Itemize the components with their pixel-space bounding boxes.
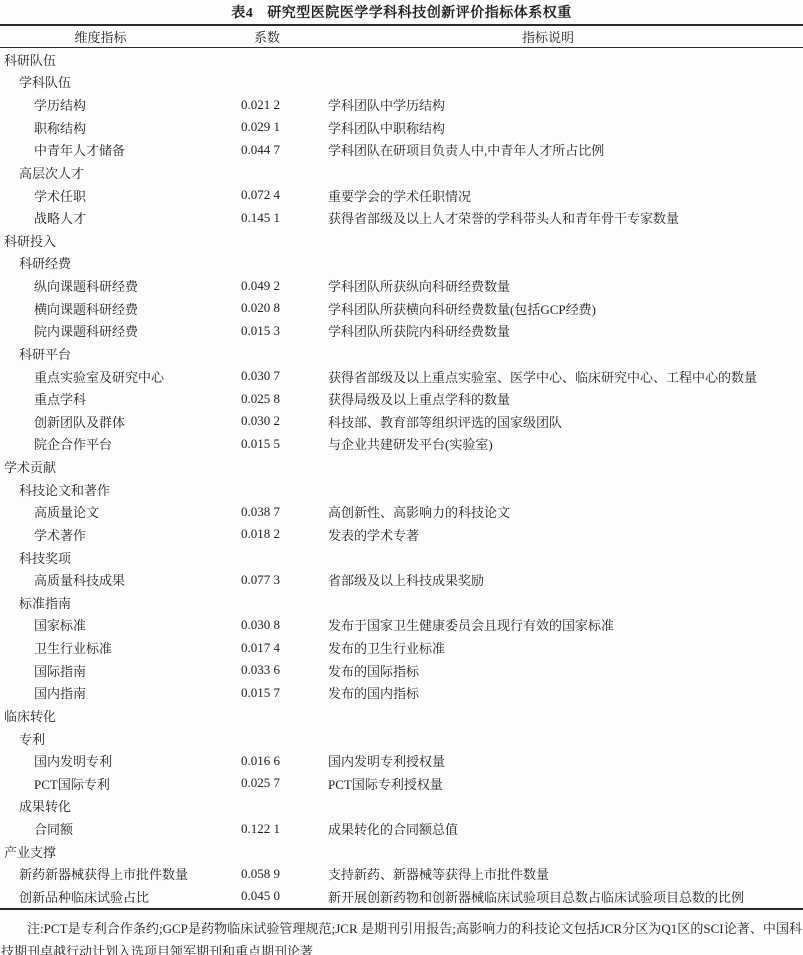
cell-indicator: 学历结构 [0, 95, 241, 114]
table-row: 高层次人才 [0, 161, 803, 184]
table-row: 重点实验室及研究中心 0.030 7 获得省部级及以上重点实验室、医学中心、临床… [0, 365, 803, 388]
table-number: 表4 [231, 2, 253, 22]
cell-coefficient: 0.122 1 [241, 821, 293, 837]
cell-description: 高创新性、高影响力的科技论文 [293, 502, 803, 521]
cell-indicator: 成果转化 [0, 796, 241, 815]
table-row: 高质量科技成果 0.077 3 省部级及以上科技成果奖励 [0, 568, 803, 591]
cell-indicator: 院内课题科研经费 [0, 321, 241, 340]
table-row: 产业支撑 [0, 840, 803, 863]
table-row: 中青年人才储备 0.044 7 学科团队在研项目负责人中,中青年人才所占比例 [0, 139, 803, 162]
cell-coefficient: 0.030 2 [241, 413, 293, 429]
table-row: 科研经费 [0, 252, 803, 275]
cell-indicator: 科技论文和著作 [0, 480, 241, 499]
column-header-coefficient: 系数 [241, 27, 293, 46]
cell-indicator: 纵向课题科研经费 [0, 276, 241, 295]
cell-description: 发布的国内指标 [293, 683, 803, 702]
table-row: 创新品种临床试验占比 0.045 0 新开展创新药物和创新器械临床试验项目总数占… [0, 885, 803, 908]
cell-indicator: 学科队伍 [0, 72, 241, 91]
table-row: 院内课题科研经费 0.015 3 学科团队所获院内科研经费数量 [0, 320, 803, 343]
table-row: 科技奖项 [0, 546, 803, 569]
table-row: 高质量论文 0.038 7 高创新性、高影响力的科技论文 [0, 501, 803, 524]
cell-indicator: 科研投入 [0, 231, 241, 250]
table-row: 纵向课题科研经费 0.049 2 学科团队所获纵向科研经费数量 [0, 274, 803, 297]
cell-indicator: 产业支撑 [0, 842, 241, 861]
cell-description: 成果转化的合同额总值 [293, 819, 803, 838]
table-row: 合同额 0.122 1 成果转化的合同额总值 [0, 817, 803, 840]
table-row: 横向课题科研经费 0.020 8 学科团队所获横向科研经费数量(包括GCP经费) [0, 297, 803, 320]
table-row: 科研平台 [0, 342, 803, 365]
cell-indicator: 中青年人才储备 [0, 140, 241, 159]
cell-description: 获得局级及以上重点学科的数量 [293, 389, 803, 408]
table-row: 新药新器械获得上市批件数量 0.058 9 支持新药、新器械等获得上市批件数量 [0, 863, 803, 886]
cell-coefficient: 0.077 3 [241, 572, 293, 588]
cell-description: 重要学会的学术任职情况 [293, 186, 803, 205]
cell-indicator: 专利 [0, 729, 241, 748]
cell-coefficient: 0.017 4 [241, 640, 293, 656]
cell-description: 省部级及以上科技成果奖励 [293, 570, 803, 589]
table-row: 成果转化 [0, 795, 803, 818]
cell-indicator: 科研经费 [0, 253, 241, 272]
cell-indicator: 国内发明专利 [0, 751, 241, 770]
cell-coefficient: 0.072 4 [241, 187, 293, 203]
cell-indicator: 临床转化 [0, 706, 241, 725]
table-row: 学术任职 0.072 4 重要学会的学术任职情况 [0, 184, 803, 207]
cell-indicator: 国家标准 [0, 615, 241, 634]
cell-description: 获得省部级及以上人才荣誉的学科带头人和青年骨干专家数量 [293, 208, 803, 227]
cell-indicator: 高质量论文 [0, 502, 241, 521]
table-row: 国内发明专利 0.016 6 国内发明专利授权量 [0, 749, 803, 772]
table-row: 学术著作 0.018 2 发表的学术专著 [0, 523, 803, 546]
cell-indicator: 重点学科 [0, 389, 241, 408]
table-row: 学历结构 0.021 2 学科团队中学历结构 [0, 93, 803, 116]
table-row: 标准指南 [0, 591, 803, 614]
cell-indicator: 创新品种临床试验占比 [0, 887, 241, 906]
cell-coefficient: 0.145 1 [241, 210, 293, 226]
cell-coefficient: 0.030 7 [241, 368, 293, 384]
table-row: PCT国际专利 0.025 7 PCT国际专利授权量 [0, 772, 803, 795]
cell-indicator: 战略人才 [0, 208, 241, 227]
table-bottom-rule [0, 908, 803, 910]
cell-indicator: 合同额 [0, 819, 241, 838]
cell-coefficient: 0.018 2 [241, 526, 293, 542]
table-row: 科技论文和著作 [0, 478, 803, 501]
cell-description: 学科团队所获院内科研经费数量 [293, 321, 803, 340]
cell-coefficient: 0.015 5 [241, 436, 293, 452]
table-row: 学术贡献 [0, 455, 803, 478]
cell-coefficient: 0.015 7 [241, 685, 293, 701]
table-caption: 表4 研究型医院医学学科科技创新评价指标体系权重 [0, 0, 803, 24]
table-row: 国际指南 0.033 6 发布的国际指标 [0, 659, 803, 682]
column-header-indicator: 维度指标 [0, 27, 241, 46]
table-row: 重点学科 0.025 8 获得局级及以上重点学科的数量 [0, 387, 803, 410]
cell-description: 学科团队在研项目负责人中,中青年人才所占比例 [293, 140, 803, 159]
table-title: 研究型医院医学学科科技创新评价指标体系权重 [267, 2, 572, 22]
cell-coefficient: 0.021 2 [241, 97, 293, 113]
cell-indicator: 国际指南 [0, 661, 241, 680]
table-footnote: 注:PCT是专利合作条约;GCP是药物临床试验管理规范;JCR 是期刊引用报告;… [0, 917, 803, 955]
table-row: 职称结构 0.029 1 学科团队中职称结构 [0, 116, 803, 139]
cell-indicator: 创新团队及群体 [0, 412, 241, 431]
cell-indicator: 重点实验室及研究中心 [0, 367, 241, 386]
cell-indicator: 学术任职 [0, 186, 241, 205]
table-row: 国家标准 0.030 8 发布于国家卫生健康委员会且现行有效的国家标准 [0, 614, 803, 637]
cell-coefficient: 0.015 3 [241, 323, 293, 339]
cell-description: 国内发明专利授权量 [293, 751, 803, 770]
cell-description: 发表的学术专著 [293, 525, 803, 544]
table-row: 国内指南 0.015 7 发布的国内指标 [0, 682, 803, 705]
paper-page: 表4 研究型医院医学学科科技创新评价指标体系权重 维度指标 系数 指标说明 科研… [0, 0, 803, 955]
table-row: 学科队伍 [0, 71, 803, 94]
table-row: 专利 [0, 727, 803, 750]
cell-description: 与企业共建研发平台(实验室) [293, 434, 803, 453]
cell-indicator: 标准指南 [0, 593, 241, 612]
cell-coefficient: 0.038 7 [241, 504, 293, 520]
table-body: 科研队伍 学科队伍 学历结构 0.021 2 学科团队中学历结构 职称结构 0.… [0, 48, 803, 908]
cell-coefficient: 0.058 9 [241, 866, 293, 882]
cell-description: 新开展创新药物和创新器械临床试验项目总数占临床试验项目总数的比例 [293, 887, 803, 906]
table-row: 创新团队及群体 0.030 2 科技部、教育部等组织评选的国家级团队 [0, 410, 803, 433]
cell-description: 支持新药、新器械等获得上市批件数量 [293, 864, 803, 883]
cell-indicator: 科研队伍 [0, 50, 241, 69]
cell-coefficient: 0.029 1 [241, 119, 293, 135]
cell-description: PCT国际专利授权量 [293, 774, 803, 793]
cell-coefficient: 0.020 8 [241, 300, 293, 316]
cell-description: 获得省部级及以上重点实验室、医学中心、临床研究中心、工程中心的数量 [293, 367, 803, 386]
cell-coefficient: 0.049 2 [241, 278, 293, 294]
cell-description: 发布的国际指标 [293, 661, 803, 680]
cell-indicator: 学术著作 [0, 525, 241, 544]
table-row: 临床转化 [0, 704, 803, 727]
cell-indicator: 科技奖项 [0, 548, 241, 567]
cell-coefficient: 0.033 6 [241, 662, 293, 678]
table-row: 科研队伍 [0, 48, 803, 71]
table-row: 战略人才 0.145 1 获得省部级及以上人才荣誉的学科带头人和青年骨干专家数量 [0, 206, 803, 229]
cell-indicator: 高质量科技成果 [0, 570, 241, 589]
cell-indicator: PCT国际专利 [0, 774, 241, 793]
table-row: 卫生行业标准 0.017 4 发布的卫生行业标准 [0, 636, 803, 659]
cell-indicator: 横向课题科研经费 [0, 299, 241, 318]
cell-coefficient: 0.016 6 [241, 753, 293, 769]
cell-description: 学科团队中学历结构 [293, 95, 803, 114]
cell-indicator: 高层次人才 [0, 163, 241, 182]
column-header-description: 指标说明 [293, 27, 803, 46]
table-row: 科研投入 [0, 229, 803, 252]
cell-indicator: 职称结构 [0, 118, 241, 137]
cell-coefficient: 0.025 8 [241, 391, 293, 407]
table-row: 院企合作平台 0.015 5 与企业共建研发平台(实验室) [0, 433, 803, 456]
cell-coefficient: 0.025 7 [241, 775, 293, 791]
cell-description: 发布于国家卫生健康委员会且现行有效的国家标准 [293, 615, 803, 634]
cell-description: 学科团队所获纵向科研经费数量 [293, 276, 803, 295]
cell-description: 发布的卫生行业标准 [293, 638, 803, 657]
cell-indicator: 学术贡献 [0, 457, 241, 476]
cell-indicator: 科研平台 [0, 344, 241, 363]
cell-coefficient: 0.030 8 [241, 617, 293, 633]
cell-coefficient: 0.045 0 [241, 888, 293, 904]
cell-description: 科技部、教育部等组织评选的国家级团队 [293, 412, 803, 431]
cell-indicator: 国内指南 [0, 683, 241, 702]
cell-indicator: 卫生行业标准 [0, 638, 241, 657]
cell-description: 学科团队中职称结构 [293, 118, 803, 137]
cell-indicator: 新药新器械获得上市批件数量 [0, 864, 241, 883]
cell-coefficient: 0.044 7 [241, 142, 293, 158]
cell-indicator: 院企合作平台 [0, 434, 241, 453]
table-header-row: 维度指标 系数 指标说明 [0, 26, 803, 47]
cell-description: 学科团队所获横向科研经费数量(包括GCP经费) [293, 299, 803, 318]
